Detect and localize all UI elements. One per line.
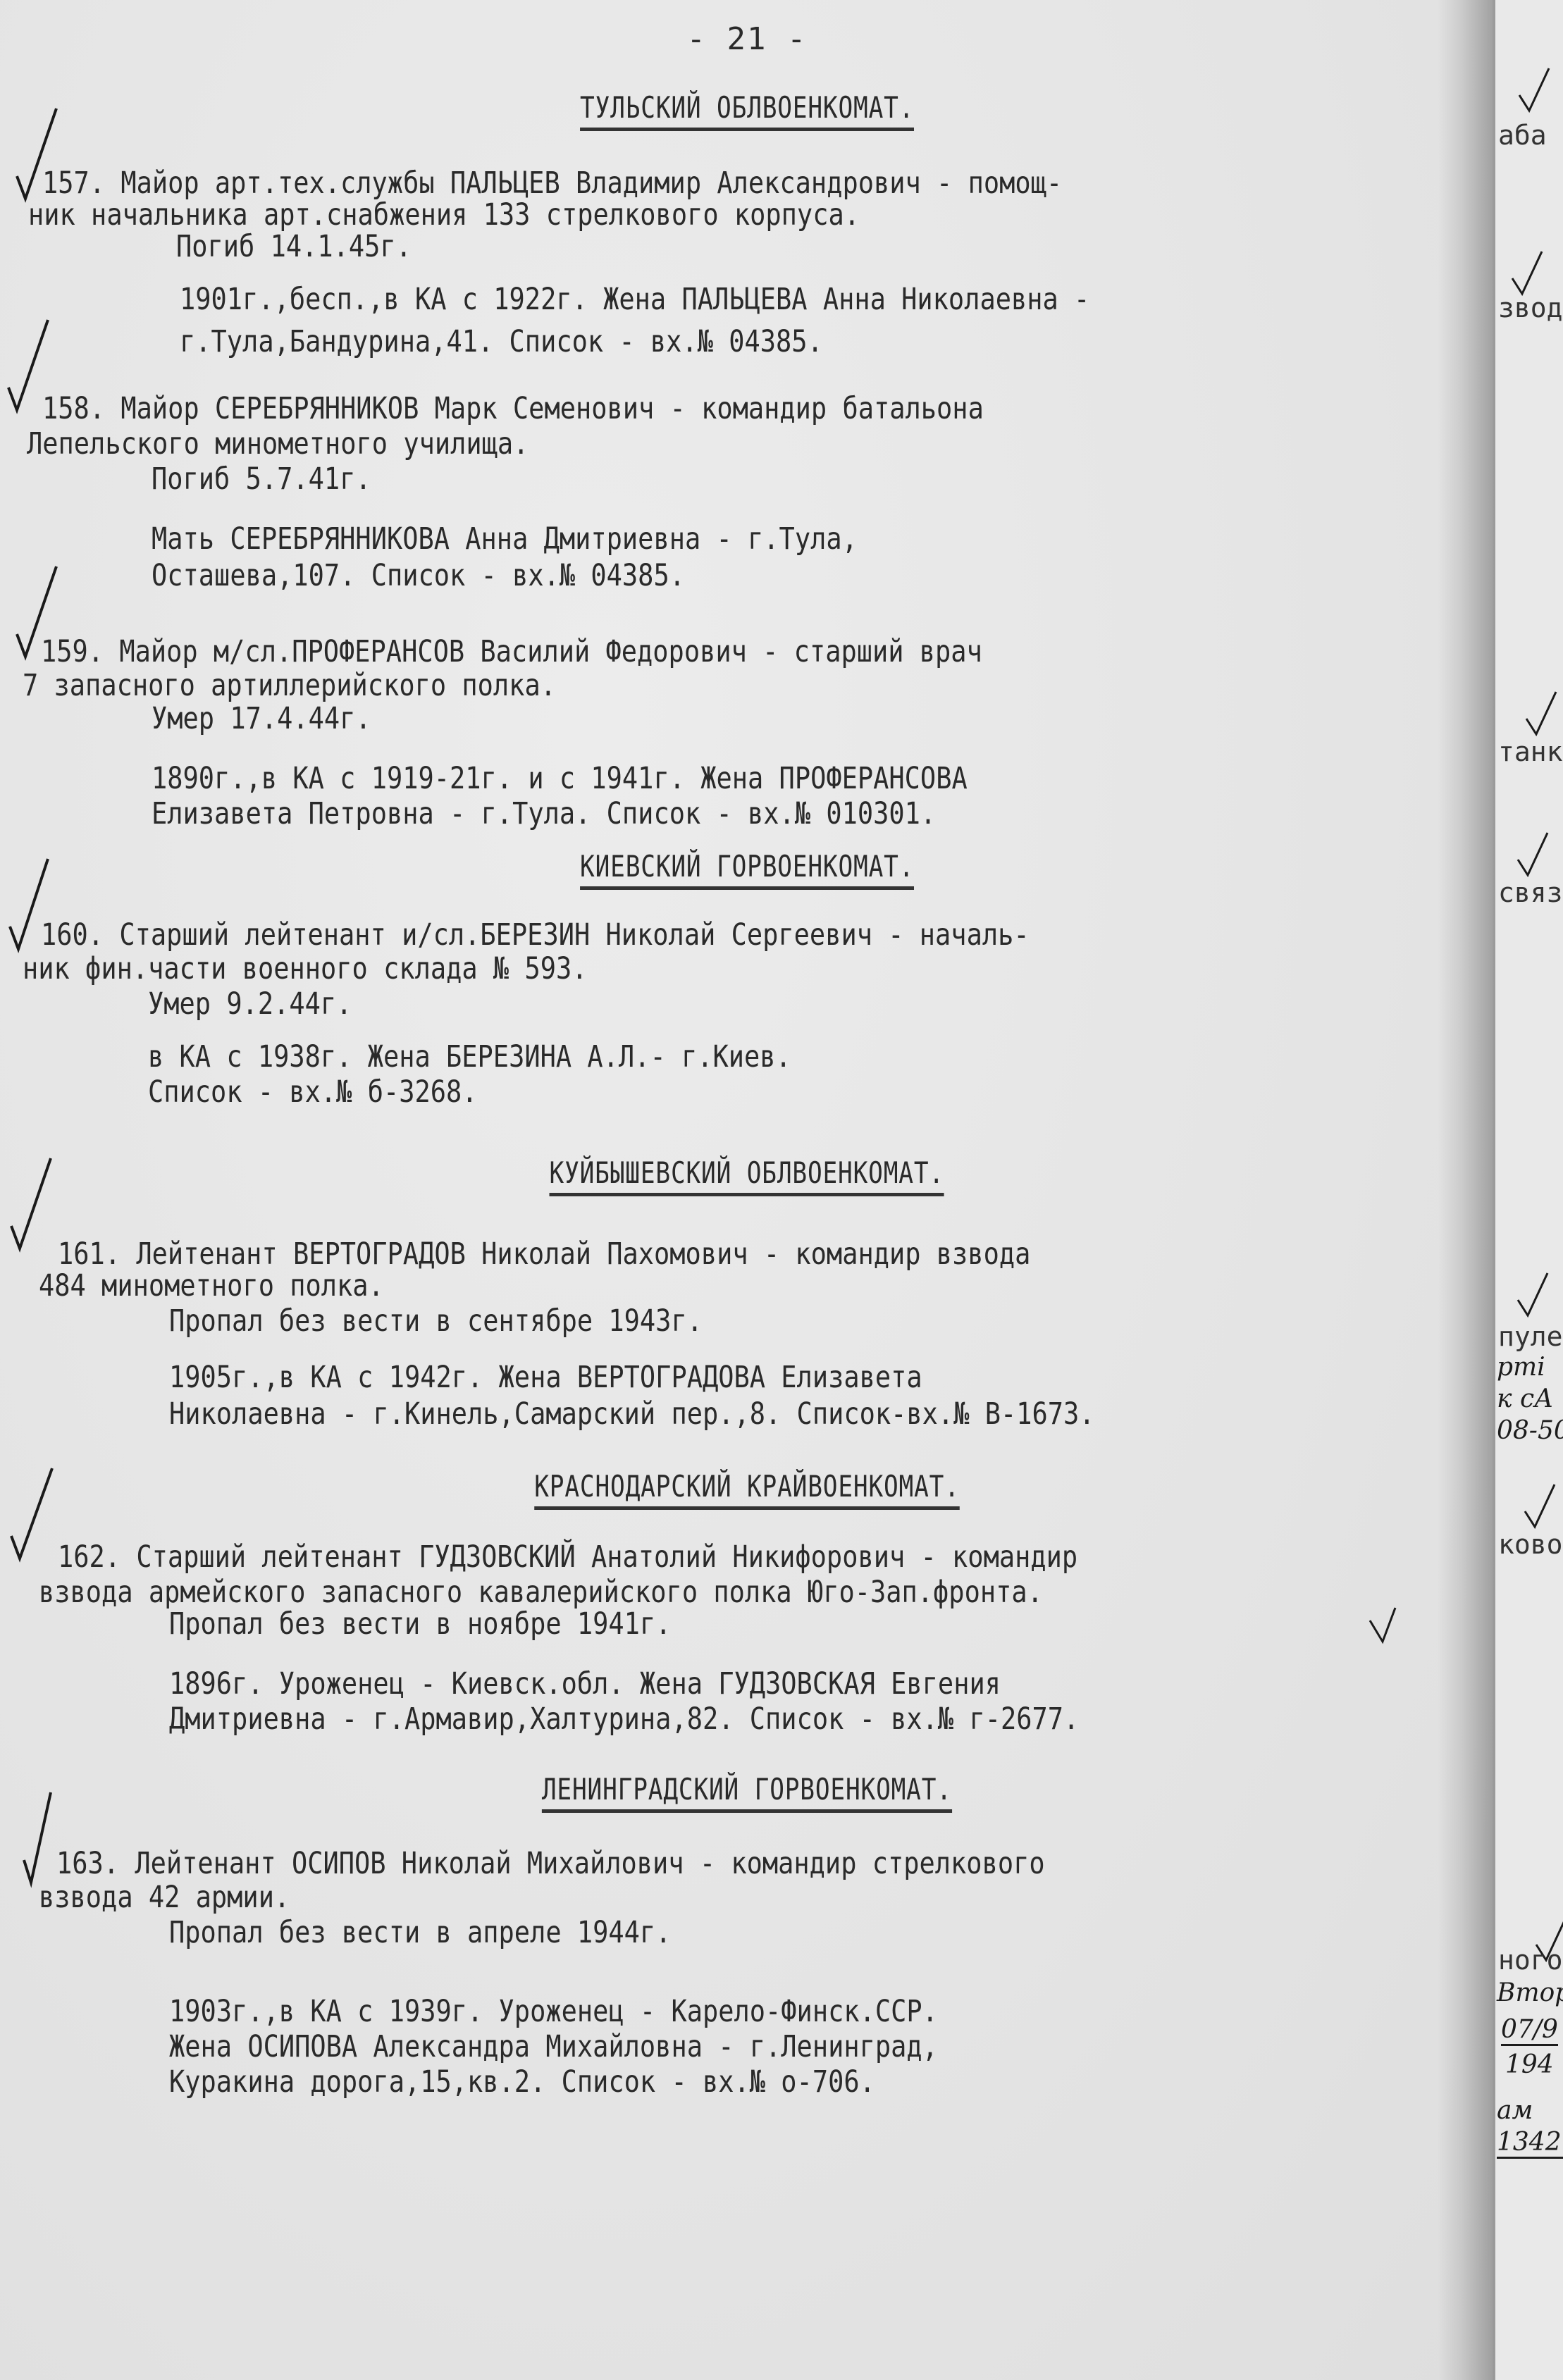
checkmark-icon [1524,1483,1555,1529]
entry-158-line-5: Осташева,107. Список - вх.№ 04385. [152,558,685,593]
page-fold-shadow [1438,0,1497,2380]
entry-160-status: Умер 9.2.44г. [148,986,352,1022]
entry-160-line-2: ник фин.части военного склада № 593. [23,951,588,986]
handwritten-note: 1342 - [1497,2128,1563,2159]
checkmark-icon [1516,1272,1548,1318]
handwritten-note: 08-50 [1497,1416,1563,1445]
section-heading-kiev: КИЕВСКИЙ ГОРВОЕНКОМАТ. [0,849,1494,890]
entry-163-line-2: взвода 42 армии. [39,1880,290,1915]
checkmark-icon [8,1465,58,1564]
section-heading-leningrad: ЛЕНИНГРАДСКИЙ ГОРВОЕНКОМАТ. [0,1772,1494,1813]
entry-157-line-2: ник начальника арт.снабжения 133 стрелко… [28,197,860,233]
document-page: - 21 - ТУЛЬСКИЙ ОБЛВОЕНКОМАТ. 157. Майор… [0,0,1494,2380]
entry-158-line-1: 158. Майор СЕРЕБРЯННИКОВ Марк Семенович … [42,391,984,426]
entry-161-status: Пропал без вести в сентябре 1943г. [169,1303,703,1339]
entry-161-line-2: 484 минометного полка. [39,1268,384,1303]
entry-160-line-5: Список - вх.№ б-3268. [148,1074,478,1110]
section-heading-krasnodar: КРАСНОДАРСКИЙ КРАЙВОЕНКОМАТ. [0,1469,1494,1510]
adjacent-fragment: пулем [1498,1321,1563,1352]
entry-161-line-4: 1905г.,в КА с 1942г. Жена ВЕРТОГРАДОВА Е… [169,1360,922,1395]
small-checkmark-icon [1367,1599,1399,1645]
entry-157-line-1: 157. Майор арт.тех.службы ПАЛЬЦЕВ Владим… [42,166,1062,201]
handwritten-note: ртi [1497,1353,1545,1382]
handwritten-note: к сА [1497,1384,1553,1413]
entry-162-line-1: 162. Старший лейтенант ГУДЗОВСКИЙ Анатол… [58,1539,1077,1575]
entry-163-line-6: Куракина дорога,15,кв.2. Список - вх.№ о… [169,2064,875,2100]
entry-158-line-2: Лепельского минометного училища. [27,426,529,461]
adjacent-fragment: звода [1498,292,1563,323]
entry-160-line-1: 160. Старший лейтенант и/сл.БЕРЕЗИН Нико… [41,917,1030,953]
entry-162-status: Пропал без вести в ноябре 1941г. [169,1606,671,1642]
entry-157-status: Погиб 14.1.45г. [176,229,412,264]
checkmark-icon [1525,690,1557,736]
entry-161-line-1: 161. Лейтенант ВЕРТОГРАДОВ Николай Пахом… [58,1237,1030,1272]
entry-163-line-4: 1903г.,в КА с 1939г. Уроженец - Карело-Ф… [169,1994,938,2029]
entry-159-line-1: 159. Майор м/сл.ПРОФЕРАНСОВ Василий Федо… [41,634,982,669]
entry-159-line-2: 7 запасного артиллерийского полка. [23,668,556,703]
entry-159-status: Умер 17.4.44г. [152,701,371,736]
entry-158-status: Погиб 5.7.41г. [152,461,371,497]
adjacent-fragment: связи [1498,877,1563,908]
adjacent-fragment: танка [1498,736,1563,767]
entry-162-line-4: 1896г. Уроженец - Киевск.обл. Жена ГУДЗО… [169,1666,1001,1702]
adjacent-page-edge: аба 9 звода танка связи пулем ртi к сА 0… [1495,0,1563,2380]
entry-157-line-5: г.Тула,Бандурина,41. Список - вх.№ 04385… [180,324,823,359]
entry-163-line-5: Жена ОСИПОВА Александра Михайловна - г.Л… [169,2029,938,2064]
page-number: - 21 - [0,21,1494,57]
checkmark-icon [1516,831,1548,877]
section-heading-kuibyshev: КУЙБЫШЕВСКИЙ ОБЛВОЕНКОМАТ. [0,1155,1494,1196]
entry-162-line-2: взвода армейского запасного кавалерийско… [39,1575,1043,1610]
checkmark-icon [8,1155,58,1254]
entry-159-line-4: 1890г.,в КА с 1919-21г. и с 1941г. Жена … [152,761,968,796]
entry-161-line-5: Николаевна - г.Кинель,Самарский пер.,8. … [169,1396,1095,1432]
adjacent-fragment: аба 9 [1498,120,1563,151]
checkmark-icon [1511,250,1543,296]
entry-157-line-4: 1901г.,бесп.,в КА с 1922г. Жена ПАЛЬЦЕВА… [180,282,1089,317]
entry-162-line-5: Дмитриевна - г.Армавир,Халтурина,82. Спи… [169,1702,1079,1737]
adjacent-fragment: ного р [1498,1945,1563,1976]
entry-160-line-4: в КА с 1938г. Жена БЕРЕЗИНА А.Л.- г.Киев… [148,1039,791,1074]
handwritten-note: 07/9 [1501,2015,1558,2046]
handwritten-note: ам [1497,2096,1533,2125]
handwritten-note: 194 [1505,2050,1554,2079]
checkmark-icon [1518,67,1550,113]
entry-158-line-4: Мать СЕРЕБРЯННИКОВА Анна Дмитриевна - г.… [152,521,858,557]
entry-159-line-5: Елизавета Петровна - г.Тула. Список - вх… [152,796,936,831]
entry-163-status: Пропал без вести в апреле 1944г. [169,1915,671,1950]
adjacent-fragment: ковог [1498,1529,1563,1560]
handwritten-note: Втор. [1497,1978,1563,2007]
entry-163-line-1: 163. Лейтенант ОСИПОВ Николай Михайлович… [56,1846,1045,1881]
section-heading-tula: ТУЛЬСКИЙ ОБЛВОЕНКОМАТ. [0,90,1494,131]
